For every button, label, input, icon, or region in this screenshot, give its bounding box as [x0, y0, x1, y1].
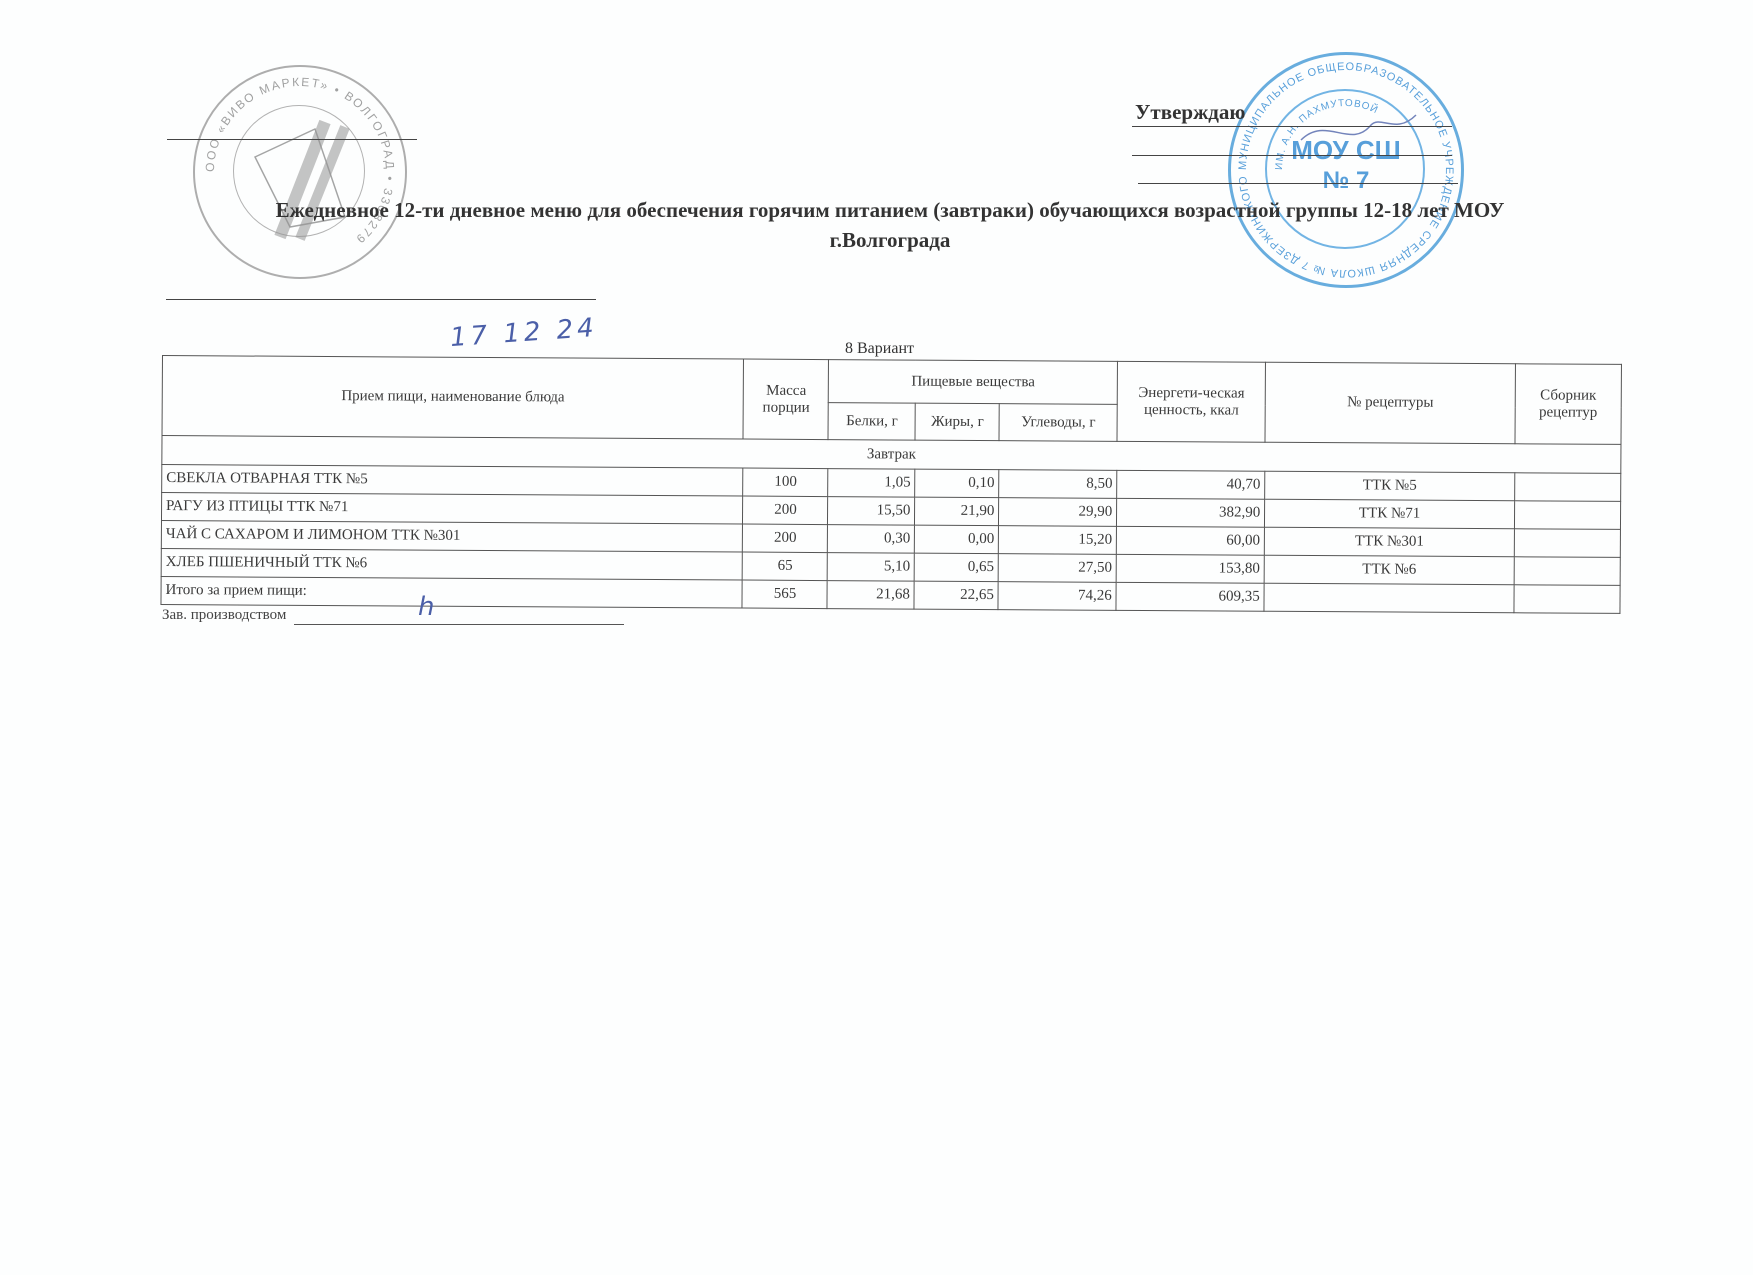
cell-recipe: ТТК №301	[1264, 527, 1514, 557]
cell-carbs: 29,90	[999, 498, 1117, 527]
cell-collection	[1514, 529, 1620, 558]
left-signature-line	[167, 139, 417, 140]
header-dish: Прием пищи, наименование блюда	[162, 356, 744, 440]
total-fat: 22,65	[914, 581, 998, 610]
footer-production-head: Зав. производством	[162, 607, 624, 625]
cell-mass: 65	[743, 552, 828, 581]
cell-collection	[1514, 557, 1620, 586]
cell-protein: 15,50	[828, 497, 915, 526]
title-line-2: г.Волгограда	[140, 225, 1640, 255]
header-nutrients: Пищевые вещества	[829, 360, 1118, 405]
total-energy: 609,35	[1116, 582, 1264, 611]
cell-name: ЧАЙ С САХАРОМ И ЛИМОНОМ ТТК №301	[161, 520, 743, 552]
cell-fat: 0,00	[915, 525, 999, 554]
cell-protein: 5,10	[828, 553, 915, 582]
stamp-center-line1: МОУ СШ	[1231, 135, 1461, 166]
cell-fat: 21,90	[915, 497, 999, 526]
header-fat: Жиры, г	[915, 403, 999, 441]
header-mass: Масса порции	[743, 359, 828, 440]
total-collection	[1514, 585, 1620, 614]
total-label: Итого за прием пищи:	[161, 576, 743, 608]
cell-carbs: 8,50	[999, 470, 1117, 499]
cell-name: РАГУ ИЗ ПТИЦЫ ТТК №71	[161, 493, 743, 525]
footer-signature: h	[418, 592, 434, 622]
cell-recipe: ТТК №71	[1265, 499, 1515, 529]
handwritten-date: 17 12 24	[449, 313, 599, 353]
cell-fat: 0,10	[915, 469, 999, 498]
total-carbs: 74,26	[998, 582, 1116, 611]
cell-energy: 40,70	[1117, 470, 1265, 499]
left-signature-line-2	[166, 299, 596, 300]
header-protein: Белки, г	[828, 403, 915, 441]
cell-mass: 100	[743, 468, 828, 497]
cell-energy: 382,90	[1117, 498, 1265, 527]
footer-label: Зав. производством	[162, 607, 286, 623]
cell-energy: 153,80	[1116, 554, 1264, 583]
cell-fat: 0,65	[915, 553, 999, 582]
cell-protein: 0,30	[828, 525, 915, 554]
table-header-row: Прием пищи, наименование блюда Масса пор…	[162, 356, 1621, 408]
page-title: Ежедневное 12-ти дневное меню для обеспе…	[140, 195, 1640, 255]
cell-mass: 200	[743, 496, 828, 525]
header-recipe-no: № рецептуры	[1265, 362, 1515, 444]
cell-protein: 1,05	[828, 469, 915, 498]
total-recipe	[1264, 583, 1514, 613]
cell-carbs: 15,20	[999, 526, 1117, 555]
cell-collection	[1514, 501, 1620, 530]
footer-signature-line	[294, 607, 624, 625]
header-collection: Сборник рецептур	[1515, 364, 1622, 445]
cell-name: ХЛЕБ ПШЕНИЧНЫЙ ТТК №6	[161, 548, 743, 580]
total-protein: 21,68	[827, 581, 914, 610]
stamp-center-line2: № 7	[1231, 167, 1461, 195]
cell-recipe: ТТК №5	[1265, 471, 1515, 501]
header-energy: Энергети-ческая ценность, ккал	[1117, 361, 1265, 442]
menu-table: Прием пищи, наименование блюда Масса пор…	[160, 355, 1622, 614]
approve-label: Утверждаю	[1135, 100, 1245, 125]
total-mass: 565	[742, 580, 827, 609]
approve-line-3	[1138, 183, 1458, 184]
cell-carbs: 27,50	[998, 554, 1116, 583]
cell-collection	[1515, 473, 1621, 502]
cell-energy: 60,00	[1117, 526, 1265, 555]
title-line-1: Ежедневное 12-ти дневное меню для обеспе…	[140, 195, 1640, 225]
header-carbs: Углеводы, г	[999, 404, 1117, 442]
approve-line-2	[1132, 155, 1452, 156]
variant-label: 8 Вариант	[845, 340, 914, 358]
approve-line-1	[1132, 126, 1452, 127]
cell-name: СВЕКЛА ОТВАРНАЯ ТТК №5	[162, 465, 744, 497]
cell-recipe: ТТК №6	[1264, 555, 1514, 585]
cell-mass: 200	[743, 524, 828, 553]
